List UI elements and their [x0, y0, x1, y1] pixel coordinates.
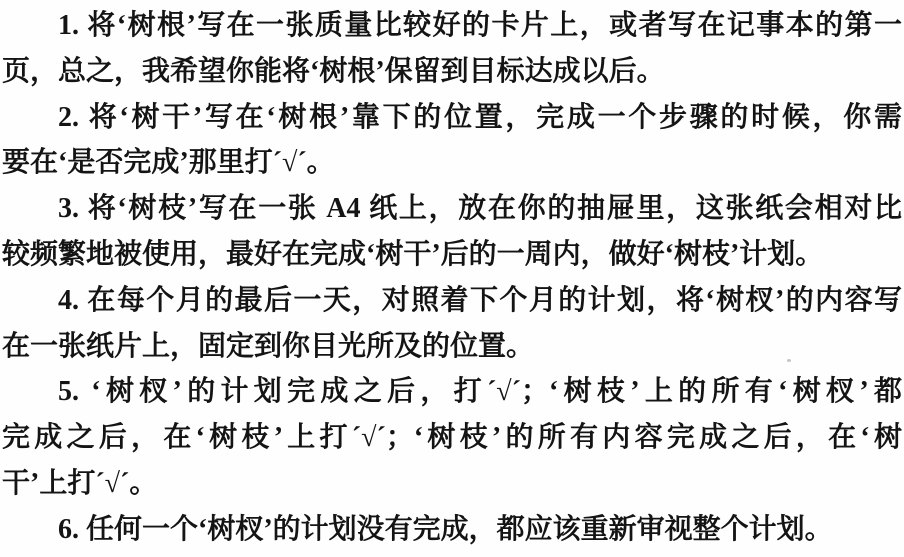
text-line: 4. 在每个月的最后一天，对照着下个月的计划，将‘树杈’的内容写 — [2, 278, 902, 324]
text-line: 较频繁地被使用，最好在完成‘树干’后的一周内，做好‘树枝’计划。 — [2, 232, 902, 278]
paragraph-1: 1. 将‘树根’写在一张质量比较好的卡片上，或者写在记事本的第一页，总之，我希望… — [2, 3, 902, 95]
scanned-page: 1. 将‘树根’写在一张质量比较好的卡片上，或者写在记事本的第一页，总之，我希望… — [0, 0, 904, 557]
text-line: 干’上打´√´。 — [2, 461, 902, 507]
paragraph-6: 6. 任何一个‘树杈’的计划没有完成，都应该重新审视整个计划。 — [2, 507, 902, 553]
scan-artifact-dot — [787, 359, 791, 362]
text-line: 3. 将‘树枝’写在一张 A4 纸上，放在你的抽屉里，这张纸会相对比 — [2, 186, 902, 232]
text-line: 完成之后，在‘树枝’上打´√´；‘树枝’的所有内容完成之后，在‘树 — [2, 415, 902, 461]
paragraph-2: 2. 将‘树干’写在‘树根’靠下的位置，完成一个步骤的时候，你需要在‘是否完成’… — [2, 95, 902, 187]
text-line: 5. ‘树杈’的计划完成之后，打´√´；‘树枝’上的所有‘树杈’都 — [2, 369, 902, 415]
text-line: 要在‘是否完成’那里打´√´。 — [2, 140, 902, 186]
text-line: 页，总之，我希望你能将‘树根’保留到目标达成以后。 — [2, 49, 902, 95]
text-line: 在一张纸片上，固定到你目光所及的位置。 — [2, 324, 902, 370]
body-text: 1. 将‘树根’写在一张质量比较好的卡片上，或者写在记事本的第一页，总之，我希望… — [2, 3, 902, 553]
paragraph-4: 4. 在每个月的最后一天，对照着下个月的计划，将‘树杈’的内容写在一张纸片上，固… — [2, 278, 902, 370]
paragraph-3: 3. 将‘树枝’写在一张 A4 纸上，放在你的抽屉里，这张纸会相对比较频繁地被使… — [2, 186, 902, 278]
text-line: 1. 将‘树根’写在一张质量比较好的卡片上，或者写在记事本的第一 — [2, 3, 902, 49]
text-line: 2. 将‘树干’写在‘树根’靠下的位置，完成一个步骤的时候，你需 — [2, 95, 902, 141]
text-line: 6. 任何一个‘树杈’的计划没有完成，都应该重新审视整个计划。 — [2, 507, 902, 553]
paragraph-5: 5. ‘树杈’的计划完成之后，打´√´；‘树枝’上的所有‘树杈’都完成之后，在‘… — [2, 369, 902, 506]
